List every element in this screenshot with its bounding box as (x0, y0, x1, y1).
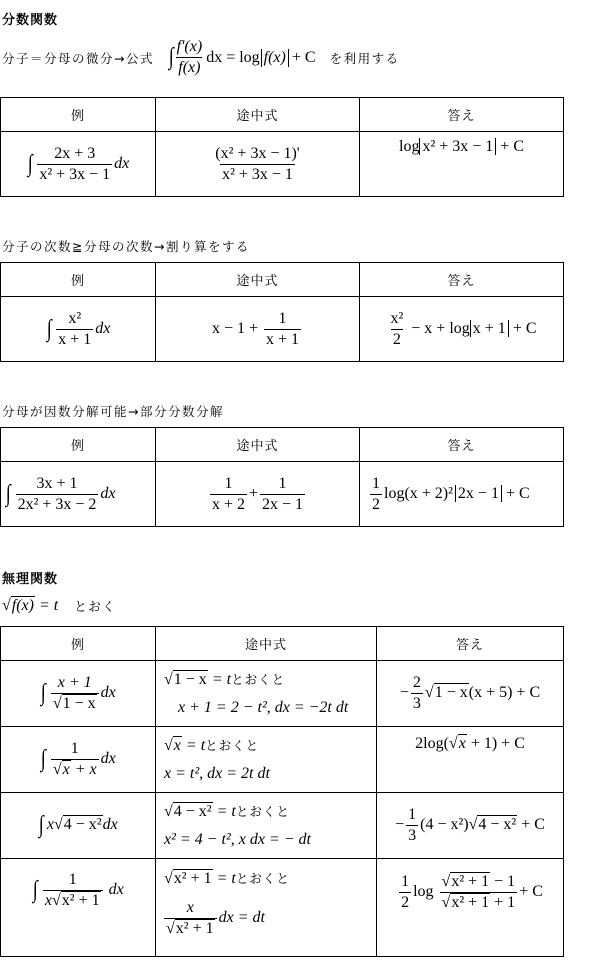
header-answer: 答え (360, 263, 564, 297)
eq: = t (212, 671, 231, 688)
lead-x: x (47, 816, 54, 833)
rule2-text: 分子の次数≧分母の次数→割り算をする (2, 237, 250, 255)
sqrt-radicand: 4 − x² (173, 802, 213, 820)
denominator: f(x) (176, 57, 202, 77)
header-middle: 途中式 (156, 98, 360, 132)
sqrt-radicand: 4 − x² (477, 815, 517, 833)
jp-text: とおくと (236, 804, 290, 819)
numerator: 2x + 3 (52, 145, 97, 164)
numerator: (x² + 3x − 1)' (213, 145, 301, 164)
middle-line-1: √x = tとおくと (164, 732, 376, 760)
header-answer: 答え (360, 98, 564, 132)
eq: = t (39, 597, 58, 614)
cell-answer: 1 2 log(x + 2)²2x − 1 + C (360, 462, 564, 527)
numerator: x² (66, 310, 83, 329)
integral-sign: ∫ (39, 812, 44, 839)
cell-example: ∫ 2x + 3 x² + 3x − 1 dx (1, 132, 156, 197)
numerator: 1 (67, 871, 79, 890)
numerator: 1 (370, 475, 382, 494)
fraction: 1 x√x² + 1 (43, 871, 103, 910)
middle-line-2: x √x² + 1 dx = dt (164, 899, 376, 938)
denominator: x² + 3x − 1 (220, 164, 295, 184)
denominator: x + 2 (210, 494, 247, 514)
integral-sign: ∫ (41, 746, 46, 773)
header-middle: 途中式 (156, 627, 377, 661)
denominator: x + 1 (56, 329, 93, 349)
fraction: 1 2 (399, 873, 411, 912)
rule1-text: 分子＝分母の微分→公式 (2, 49, 154, 67)
header-example: 例 (1, 627, 156, 661)
denominator: 2x² + 3x − 2 (16, 494, 99, 514)
table-row: ∫ x√4 − x²dx √4 − x² = tとおくと x² = 4 − t²… (1, 793, 564, 859)
cell-example: ∫ 1 x√x² + 1 dx (1, 859, 156, 957)
numerator: 1 (277, 475, 289, 494)
table-row: ∫ 2x + 3 x² + 3x − 1 dx (x² + 3x − 1)' x… (1, 132, 564, 197)
num-tail: − 1 (494, 873, 515, 890)
rule1-suffix: を利用する (330, 49, 400, 67)
numerator: f'(x) (175, 38, 205, 57)
denominator: 3 (406, 825, 418, 845)
denominator: 3 (411, 693, 423, 713)
jp-text: とおくと (231, 672, 285, 687)
middle-line-1: √1 − x = tとおくと (164, 666, 376, 694)
header-example: 例 (1, 263, 156, 297)
answer-tail: (x + 5) + C (469, 684, 540, 701)
answer-tail: + 1) + C (471, 735, 525, 752)
denominator: 2 (370, 494, 382, 514)
table-row: ∫ x + 1 √1 − x dx √1 − x = tとおくと x + 1 =… (1, 661, 564, 727)
integral-sign: ∫ (33, 877, 38, 904)
numerator: 2 (411, 674, 423, 693)
table-header-row: 例 途中式 答え (1, 98, 564, 132)
sqrt-radicand: x² + 1 (450, 893, 490, 911)
numerator: x² (388, 310, 405, 329)
log: log (399, 138, 419, 155)
numerator: 1 (69, 740, 81, 759)
fraction: f'(x) f(x) (175, 38, 205, 77)
cell-example: ∫ x² x + 1 dx (1, 297, 156, 362)
header-answer: 答え (360, 428, 564, 462)
fraction: 1 √x + x (51, 740, 99, 779)
table-rule1: 例 途中式 答え ∫ 2x + 3 x² + 3x − 1 dx (x² + 3… (0, 97, 564, 197)
rule1-formula: ∫ f'(x) f(x) dx = log f(x) + C (168, 38, 316, 77)
answer-lead: 2log( (415, 735, 449, 752)
jp-text: とおくと (236, 871, 290, 886)
plus: + (249, 485, 258, 502)
den-tail: + 1 (494, 894, 515, 911)
abs-value: x² + 3x − 1 (419, 138, 496, 155)
sqrt-radicand: x² + 1 (450, 872, 490, 890)
fraction: 1 2x − 1 (260, 475, 305, 514)
answer-mid: − x + log (411, 320, 470, 337)
sqrt-radicand: 1 − x (173, 670, 208, 688)
integral-sign: ∫ (41, 680, 46, 707)
answer-tail: + C (506, 485, 530, 502)
fraction: 3x + 1 2x² + 3x − 2 (16, 475, 99, 514)
header-example: 例 (1, 98, 156, 132)
table-header-row: 例 途中式 答え (1, 428, 564, 462)
fraction: 1 3 (406, 806, 418, 845)
middle-line-2: x² = 4 − t², x dx = − dt (164, 826, 376, 854)
log: log (413, 883, 433, 900)
numerator: x (185, 899, 196, 918)
table-row: ∫ x² x + 1 dx x − 1 + 1 x + 1 x² 2 − x +… (1, 297, 564, 362)
integral-sign: ∫ (46, 316, 51, 343)
sqrt-radicand: x (62, 760, 71, 778)
dx: dx (100, 485, 115, 502)
fraction: 2x + 3 x² + 3x − 1 (37, 145, 112, 184)
answer-mid: (4 − x²) (420, 816, 468, 833)
denominator: 2 (391, 329, 403, 349)
sqrt-radicand: x² + 1 (61, 891, 101, 909)
fraction: x √x² + 1 (164, 899, 217, 938)
formula-tail: + C (292, 49, 316, 67)
fraction: x² x + 1 (56, 310, 93, 349)
table-row: ∫ 3x + 1 2x² + 3x − 2 dx 1 x + 2 + 1 2x … (1, 462, 564, 527)
table-header-row: 例 途中式 答え (1, 627, 564, 661)
cell-middle: √x² + 1 = tとおくと x √x² + 1 dx = dt (156, 859, 377, 957)
cell-example: ∫ x + 1 √1 − x dx (1, 661, 156, 727)
cell-answer: x² 2 − x + logx + 1 + C (360, 297, 564, 362)
numerator: 1 (406, 806, 418, 825)
table-rule3: 例 途中式 答え ∫ 3x + 1 2x² + 3x − 2 dx 1 x + … (0, 427, 564, 527)
log: log(x + 2)² (384, 485, 453, 502)
table-header-row: 例 途中式 答え (1, 263, 564, 297)
abs-value: x + 1 (470, 320, 509, 337)
cell-middle: 1 x + 2 + 1 2x − 1 (156, 462, 360, 527)
sqrt-radicand: x (173, 736, 182, 754)
header-answer: 答え (377, 627, 564, 661)
sign: − (395, 816, 404, 833)
integral-sign: ∫ (169, 44, 174, 71)
cell-middle: √x = tとおくと x = t², dx = 2t dt (156, 727, 377, 793)
middle-line-2: x = t², dx = 2t dt (164, 760, 376, 788)
cell-example: ∫ x√4 − x²dx (1, 793, 156, 859)
fraction: x + 1 √1 − x (51, 674, 99, 713)
cell-answer: logx² + 3x − 1 + C (360, 132, 564, 197)
middle-line-1: √4 − x² = tとおくと (164, 798, 376, 826)
fraction: 1 x + 2 (210, 475, 247, 514)
fraction: x² 2 (388, 310, 405, 349)
denominator: x + 1 (264, 329, 301, 349)
irrational-rule-formula: √f(x) = t (2, 597, 58, 615)
eq: = t (186, 737, 205, 754)
header-middle: 途中式 (156, 428, 360, 462)
formula-abs: f(x) (261, 49, 289, 67)
sqrt-radicand: 4 − x² (63, 815, 103, 833)
dx: dx (114, 155, 129, 172)
dx: dx (109, 881, 124, 898)
numerator: 1 (277, 310, 289, 329)
fraction: √x² + 1 − 1 √x² + 1 + 1 (440, 873, 518, 912)
fraction: 1 x + 1 (264, 310, 301, 349)
numerator: 1 (222, 475, 234, 494)
irrational-rule-line: √f(x) = t とおく (2, 597, 116, 615)
integral-sign: ∫ (6, 481, 11, 508)
eq: = t (217, 803, 236, 820)
cell-answer: − 1 3 (4 − x²)√4 − x² + C (377, 793, 564, 859)
answer-tail: + C (513, 320, 537, 337)
header-example: 例 (1, 428, 156, 462)
denominator: 2x − 1 (260, 494, 305, 514)
middle-tail: dx = dt (219, 909, 265, 926)
sqrt-radicand: 1 − x (62, 694, 97, 712)
section-heading-fraction: 分数関数 (2, 9, 58, 28)
rule1-line: 分子＝分母の微分→公式 ∫ f'(x) f(x) dx = log f(x) +… (2, 38, 400, 77)
jp-text: とおくと (205, 738, 259, 753)
irrational-rule-suffix: とおく (74, 597, 116, 615)
cell-answer: 1 2 log √x² + 1 − 1 √x² + 1 + 1 + C (377, 859, 564, 957)
cell-middle: √4 − x² = tとおくと x² = 4 − t², x dx = − dt (156, 793, 377, 859)
dx: dx (101, 684, 116, 701)
cell-answer: 2log(√x + 1) + C (377, 727, 564, 793)
abs-value: 2x − 1 (455, 485, 502, 502)
middle-lead: x − 1 + (212, 320, 258, 337)
sqrt-radicand: x² + 1 (173, 869, 213, 887)
numerator: 1 (399, 873, 411, 892)
cell-middle: (x² + 3x − 1)' x² + 3x − 1 (156, 132, 360, 197)
cell-example: ∫ 3x + 1 2x² + 3x − 2 dx (1, 462, 156, 527)
table-row: ∫ 1 √x + x dx √x = tとおくと x = t², dx = 2t… (1, 727, 564, 793)
table-rule2: 例 途中式 答え ∫ x² x + 1 dx x − 1 + 1 x + 1 x… (0, 262, 564, 362)
fraction: 1 2 (370, 475, 382, 514)
denominator: x² + 3x − 1 (37, 164, 112, 184)
eq: = t (217, 870, 236, 887)
table-row: ∫ 1 x√x² + 1 dx √x² + 1 = tとおくと x √x² + … (1, 859, 564, 957)
cell-example: ∫ 1 √x + x dx (1, 727, 156, 793)
den-lead: x (45, 892, 52, 909)
rule3-text: 分母が因数分解可能→部分分数分解 (2, 402, 224, 420)
denominator: 2 (399, 892, 411, 912)
answer-tail: + C (521, 816, 545, 833)
fraction: (x² + 3x − 1)' x² + 3x − 1 (213, 145, 301, 184)
table-irrational: 例 途中式 答え ∫ x + 1 √1 − x dx √1 − x = tとおく… (0, 626, 564, 957)
sqrt-radicand: 1 − x (434, 683, 469, 701)
dx: dx (95, 320, 110, 337)
sign: − (400, 684, 409, 701)
formula-dx-log: dx = log (206, 49, 259, 67)
answer-tail: + C (500, 138, 524, 155)
answer-tail: + C (519, 883, 543, 900)
section-heading-irrational: 無理関数 (2, 568, 58, 587)
dx: dx (101, 750, 116, 767)
dx: dx (103, 816, 118, 833)
cell-middle: x − 1 + 1 x + 1 (156, 297, 360, 362)
cell-answer: − 2 3 √1 − x(x + 5) + C (377, 661, 564, 727)
sqrt-radicand: x² + 1 (175, 919, 215, 937)
middle-line-1: √x² + 1 = tとおくと (164, 865, 376, 893)
integral-sign: ∫ (28, 151, 33, 178)
fraction: 2 3 (411, 674, 423, 713)
numerator: 3x + 1 (34, 475, 79, 494)
sqrt-radicand: f(x) (11, 596, 35, 614)
numerator: x + 1 (56, 674, 94, 693)
den-tail: + x (75, 761, 97, 778)
cell-middle: √1 − x = tとおくと x + 1 = 2 − t², dx = −2t … (156, 661, 377, 727)
middle-line-2: x + 1 = 2 − t², dx = −2t dt (164, 694, 376, 722)
sqrt-radicand: x (458, 734, 467, 752)
header-middle: 途中式 (156, 263, 360, 297)
